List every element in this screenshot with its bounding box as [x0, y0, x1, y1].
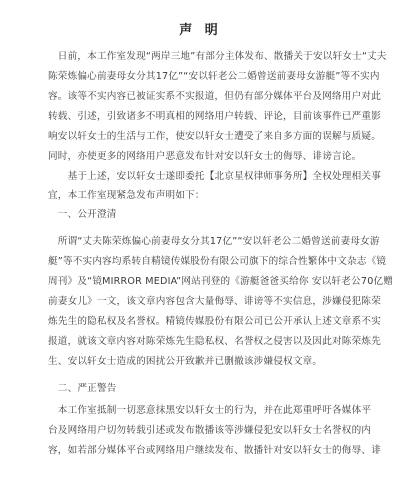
paragraph-line: 转载、引述，引致诸多不明真相的网络用户转载、评论，目前该事件已严重影: [48, 111, 381, 123]
paragraph-line: 宜，本工作室现紧急发布声明如下：: [48, 190, 205, 202]
paragraph-line: 台及网络用户切勿转载引述或发布散播该等涉嫌侵犯安以轩女士名誉权的内: [48, 425, 371, 437]
paragraph-line: 同时，亦使更多的网络用户恶意发布针对安以轩女士的侮辱、诽谤言论。: [48, 151, 361, 163]
section-heading-warning: 二、严正警告: [48, 383, 117, 395]
paragraph-line: 日前，本工作室发现“两岸三地”有部分主体发布、散播关于安以轩女士“丈夫: [48, 51, 387, 63]
document-title: 声 明: [0, 19, 401, 38]
paragraph-line: 前妻女儿》一文，该文章内容包含大量侮辱、诽谤等不实信息，涉嫌侵犯陈荣: [48, 296, 381, 308]
paragraph-line: 陈荣炼偏心前妻母女分其17亿”“安以轩老公二婚曾送前妻母女游艇”等不实内: [48, 71, 380, 83]
paragraph-line: 周刊》及“镜MIRROR MEDIA”网站刊登的《游艇爸爸买给你 安以轩老公70…: [48, 276, 393, 288]
paragraph-line: 响安以轩女士的生活与工作，使安以轩女士遭受了来自多方面的误解与质疑。: [48, 131, 381, 143]
paragraph-line: 报道，就该文章内容对陈荣炼先生隐私权、名誉权之侵害以及因此对陈荣炼先: [48, 336, 381, 348]
paragraph-line: 炼先生的隐私权及名誉权。精镜传媒股份有限公司已公开承认上述文章系不实: [48, 316, 381, 328]
paragraph-line: 容。该等不实内容已被证实系不实报道，但仍有部分媒体平台及网络用户对此: [48, 91, 381, 103]
paragraph-line: 容，如若部分媒体平台或网络用户继续发布、散播针对安以轩女士的侮辱、诽: [48, 445, 381, 457]
paragraph-line: 艇”等不实内容均系转自精镜传媒股份有限公司旗下的综合性繁体中文杂志《镜: [48, 256, 386, 268]
section-heading-clarification: 一、公开澄清: [48, 209, 117, 221]
paragraph-line: 本工作室抵制一切恶意抹黑安以轩女士的行为，并在此郑重呼吁各媒体平: [48, 405, 371, 417]
paragraph-line: 生、安以轩女士造成的困扰公开致歉并已删撤该涉嫌侵权文章。: [48, 356, 322, 368]
paragraph-line: 基于上述，安以轩女士遂即委托【北京星权律师事务所】全权处理相关事: [48, 171, 381, 183]
paragraph-line: 所谓“丈夫陈荣炼偏心前妻母女分其17亿”“安以轩老公二婚曾送前妻母女游: [48, 236, 380, 248]
